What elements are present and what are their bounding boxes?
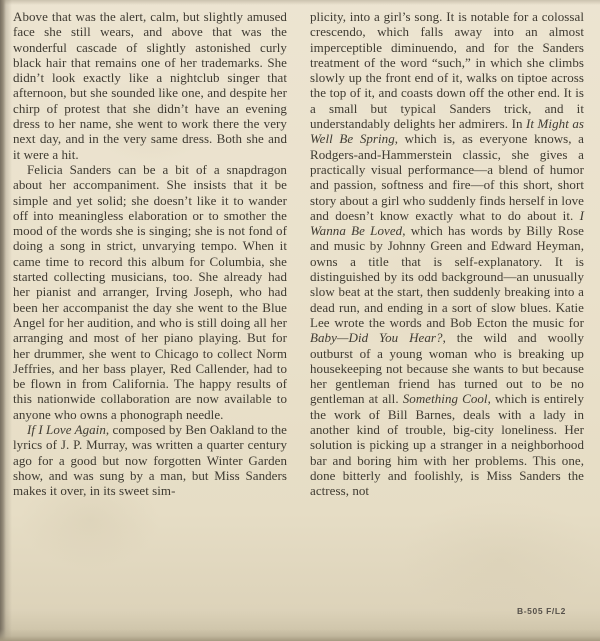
catalog-number: B-505 F/L2 [517, 606, 566, 616]
scan-edge-bottom [0, 629, 600, 641]
scan-edge-left [0, 0, 12, 641]
text-segment: Something Cool [403, 391, 488, 406]
scan-page: Above that was the alert, calm, but slig… [0, 0, 600, 641]
text-column-right: plicity, into a girl’s song. It is notab… [310, 9, 584, 499]
scan-edge-top [0, 0, 600, 5]
text-columns: Above that was the alert, calm, but slig… [13, 9, 584, 499]
text-segment: plicity, into a girl’s song. It is notab… [310, 9, 584, 131]
text-segment: Above that was the alert, calm, but slig… [13, 9, 287, 162]
text-segment: , which is entirely the work of Bill Bar… [310, 391, 584, 498]
paragraph: Felicia Sanders can be a bit of a snapdr… [13, 162, 287, 422]
paragraph: Above that was the alert, calm, but slig… [13, 9, 287, 162]
text-segment: , which has words by Billy Rose and musi… [310, 223, 584, 330]
text-column-left: Above that was the alert, calm, but slig… [13, 9, 287, 499]
text-segment: Felicia Sanders can be a bit of a snapdr… [13, 162, 287, 422]
paragraph: plicity, into a girl’s song. It is notab… [310, 9, 584, 499]
text-segment: If I Love Again [27, 422, 106, 437]
text-segment: Baby—Did You Hear? [310, 330, 443, 345]
paragraph: If I Love Again, composed by Ben Oakland… [13, 422, 287, 498]
